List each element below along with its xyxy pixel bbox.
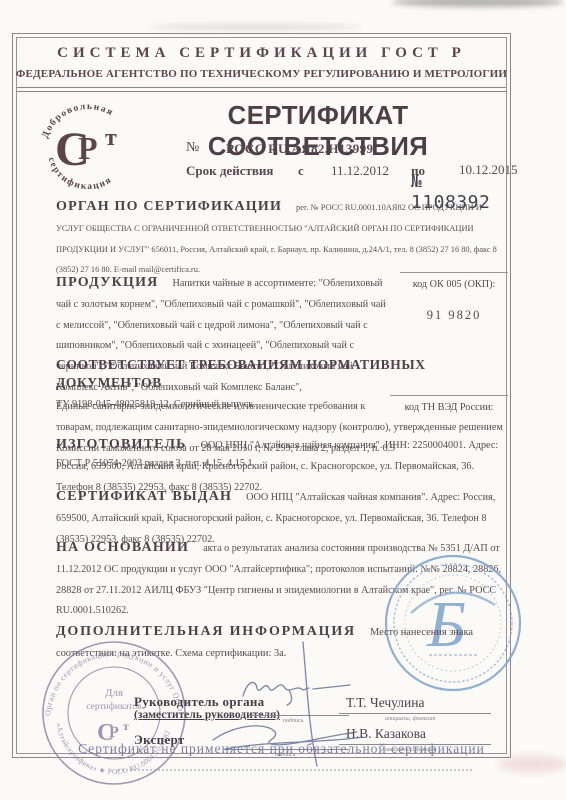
section-label: ПРОДУКЦИЯ: [56, 275, 158, 290]
scan-smudge-mid: [150, 24, 360, 30]
section-certification-body: ОРГАН ПО СЕРТИФИКАЦИИрег. № РОСС RU.0001…: [56, 196, 508, 279]
scan-smudge-bottom: [498, 756, 566, 772]
tnved-code-label: код ТН ВЭД России:: [390, 401, 508, 414]
system-line: СИСТЕМА СЕРТИФИКАЦИИ ГОСТ Р: [13, 45, 510, 62]
logo-letter-t: т: [105, 125, 117, 151]
reg-number-label: №: [186, 140, 199, 156]
tnved-code-box: код ТН ВЭД России:: [390, 395, 508, 414]
stamp-mark-r: Р: [109, 724, 119, 741]
okp-code-box: код ОК 005 (ОКП): 91 9820: [400, 272, 508, 366]
agency-line: ФЕДЕРАЛЬНОЕ АГЕНТСТВО ПО ТЕХНИЧЕСКОМУ РЕ…: [13, 68, 510, 80]
head-signature-line: [251, 714, 349, 716]
stamp-inner-line1: Для: [105, 687, 123, 699]
head-name-line: [339, 712, 491, 714]
expert-name: Н.В. Казакова: [346, 726, 426, 742]
okp-code-label: код ОК 005 (ОКП):: [400, 278, 508, 291]
head-name-caption: инициалы, фамилия: [385, 716, 435, 722]
logo-letter-r: Р: [78, 130, 98, 166]
rst-voluntary-certification-logo-icon: Добровольная сертификация С Р т: [33, 95, 143, 191]
head-signature-caption: подпись: [283, 718, 303, 724]
microprint-line: [118, 769, 474, 771]
section-label: ИЗГОТОВИТЕЛЬ: [56, 437, 187, 452]
validity-from-date: 11.12.2012: [331, 163, 389, 179]
okp-code-value: 91 9820: [400, 307, 508, 323]
section-label: НА ОСНОВАНИИ: [56, 540, 189, 555]
stamp-mark-t: т: [123, 719, 129, 733]
header-divider: [17, 87, 506, 92]
head-role-label: Руководитель органа: [134, 694, 264, 710]
certificate-frame: СИСТЕМА СЕРТИФИКАЦИИ ГОСТ Р ФЕДЕРАЛЬНОЕ …: [12, 33, 511, 758]
footer-restriction-note: Сертификат не применяется при обязательн…: [33, 741, 530, 757]
section-label: ОРГАН ПО СЕРТИФИКАЦИИ: [56, 199, 282, 214]
section-label: ДОПОЛНИТЕЛЬНАЯ ИНФОРМАЦИЯ: [56, 624, 356, 639]
section-label: СООТВЕТСТВУЕТ ТРЕБОВАНИЯМ НОРМАТИВНЫХ ДО…: [56, 356, 508, 391]
validity-from-label: с: [298, 163, 304, 179]
head-name: Т.Т. Чечулина: [346, 695, 424, 711]
section-label: СЕРТИФИКАТ ВЫДАН: [56, 489, 232, 504]
reg-number-value: РОСС RU.АЯ82.Н13999: [226, 141, 373, 157]
scan-smudge-top: [392, 0, 564, 7]
validity-label: Срок действия: [186, 163, 273, 179]
